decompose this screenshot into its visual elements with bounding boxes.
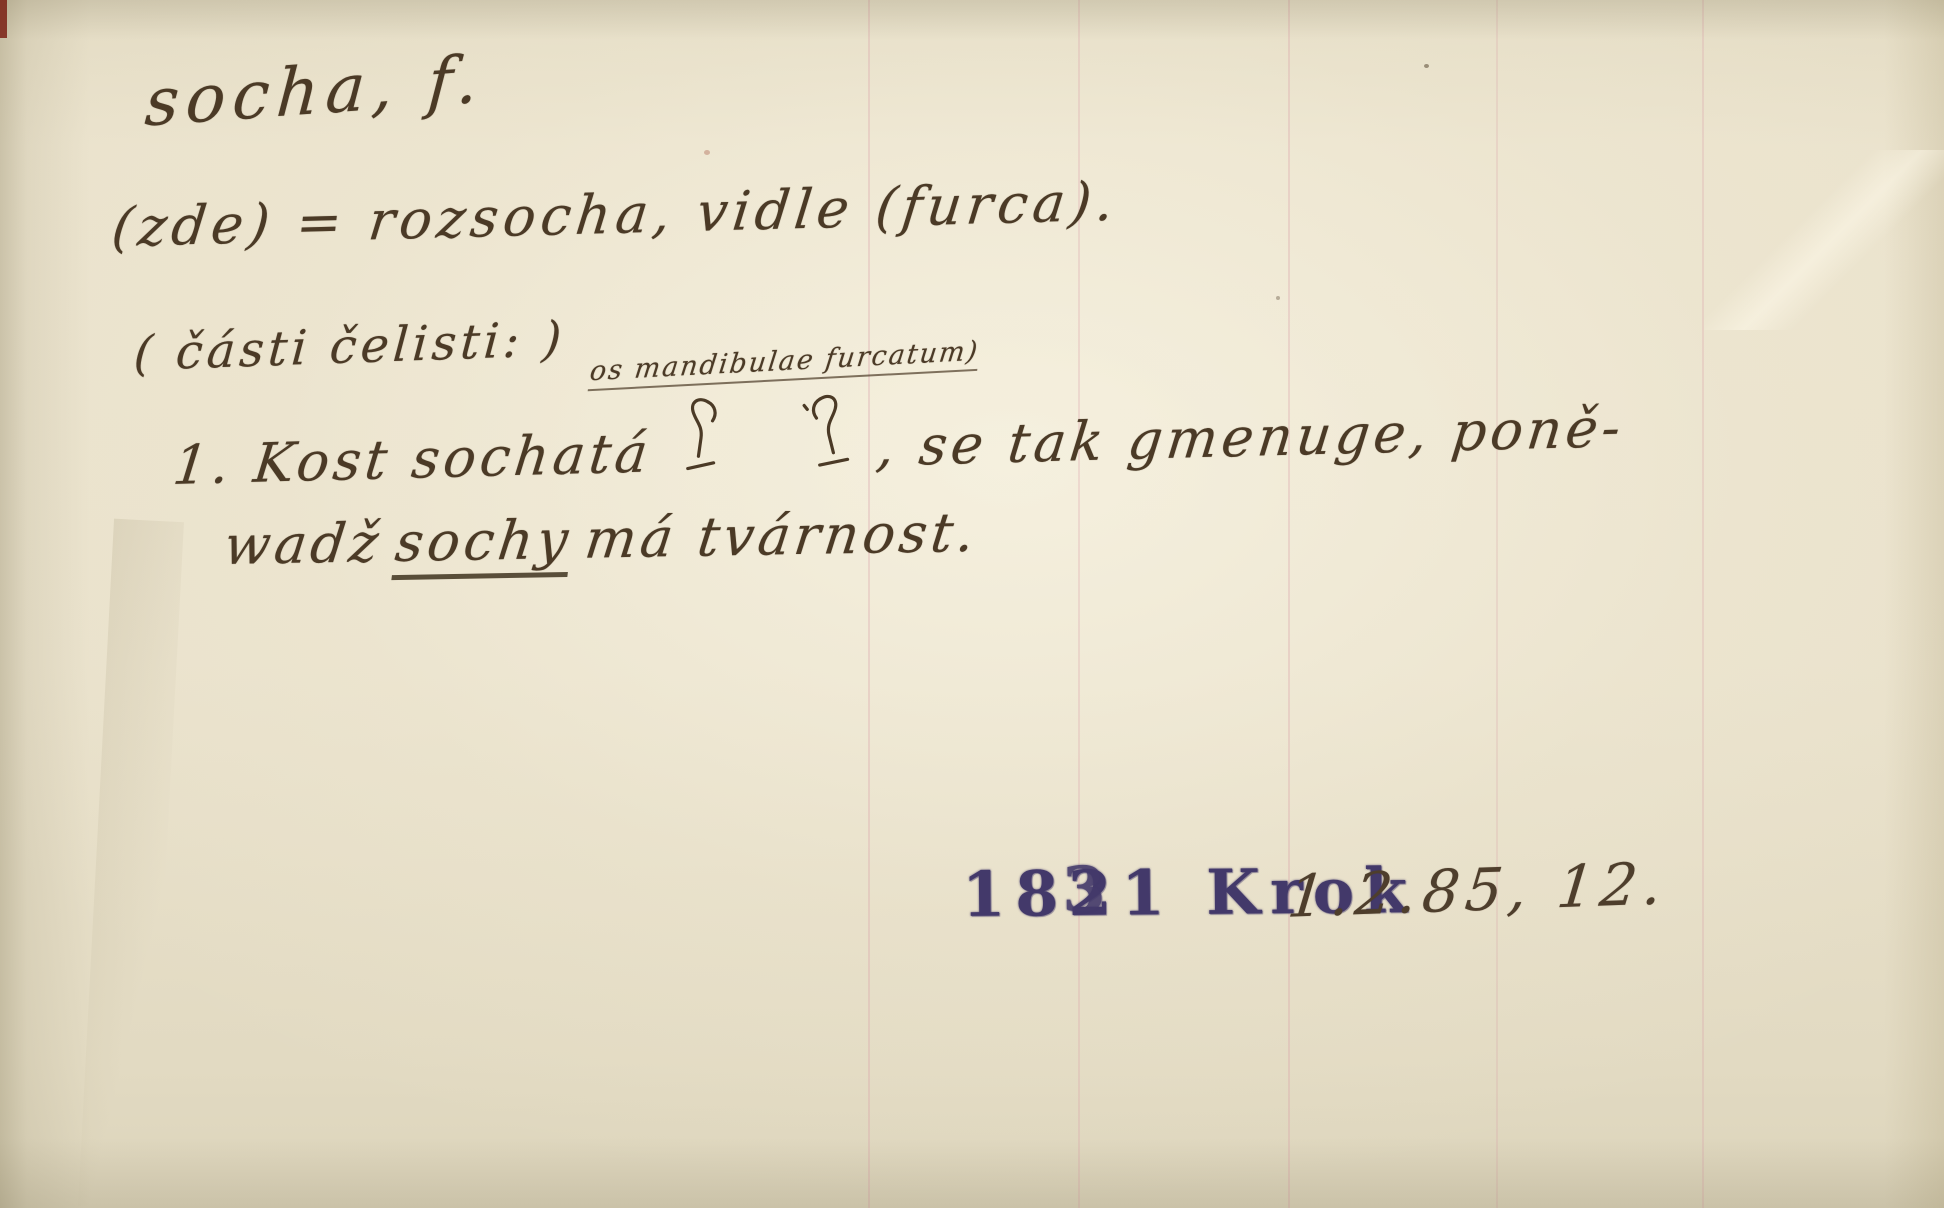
furcula-sketch-right-icon xyxy=(794,390,860,484)
example-sentence-line1: 1. Kost sochatá , se tak gmenuge, poně- xyxy=(172,370,1625,500)
ink-speck xyxy=(704,150,710,155)
stamp-year-prefix: 18 xyxy=(962,857,1069,931)
ruling-line xyxy=(1288,0,1290,1208)
note-line: ( části čelisti: ) xyxy=(132,311,567,382)
example-sentence-line2: wadžsochymá tvárnost. xyxy=(224,501,979,583)
stamp-overstruck-digit: 23 xyxy=(1068,857,1122,930)
example2-text-post: má tvárnost. xyxy=(582,501,982,571)
stamp-digit-over: 3 xyxy=(1062,853,1116,926)
paper-fold-shadow xyxy=(78,519,184,1208)
paper-edge-shading xyxy=(0,0,90,1208)
ink-speck xyxy=(1276,296,1280,300)
stamp-year-suffix: 1 xyxy=(1121,856,1175,929)
paper-crease xyxy=(1704,150,1944,330)
archive-card: socha, f. (zde) = rozsocha, vidle (furca… xyxy=(0,0,1944,1208)
citation-reference: 1.2.85, 12. xyxy=(1285,849,1672,931)
ruling-line xyxy=(1702,0,1704,1208)
paper-edge-shading xyxy=(1884,0,1944,1208)
headword-line: socha, f. xyxy=(143,40,488,141)
example-text-post: , se tak gmenuge, poně- xyxy=(874,396,1628,479)
underlined-word-sochy: sochy xyxy=(392,508,576,580)
ink-speck xyxy=(1424,64,1429,68)
furcula-sketch-left-icon xyxy=(668,393,734,487)
spacer xyxy=(752,468,778,469)
example-text-pre: 1. Kost sochatá xyxy=(170,421,655,497)
red-edge-mark xyxy=(0,0,7,38)
definition-line: (zde) = rozsocha, vidle (furca). xyxy=(109,170,1122,260)
latin-annotation: os mandibulae furcatum) xyxy=(588,336,981,392)
paper-edge-shading xyxy=(0,0,1944,40)
ruling-line xyxy=(1496,0,1498,1208)
paper-edge-shading xyxy=(0,1138,1944,1208)
example2-text-pre: wadž xyxy=(221,511,386,577)
